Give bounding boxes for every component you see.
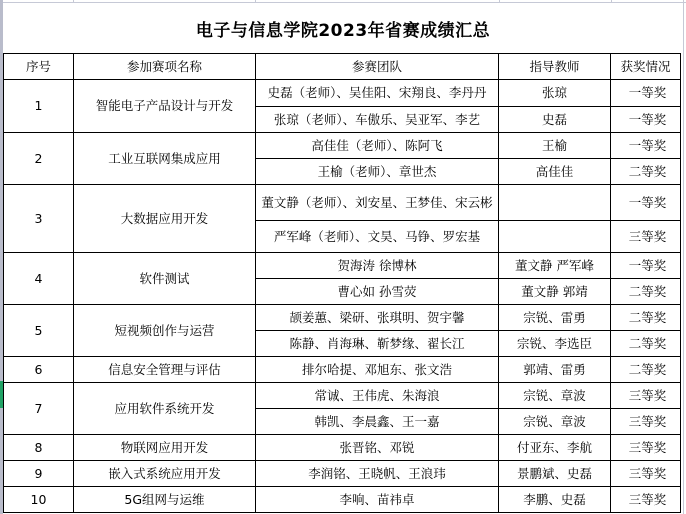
table-row: 8 物联网应用开发 张晋铭、邓锐 付亚东、李航 三等奖 bbox=[4, 435, 681, 461]
cell-event[interactable]: 应用软件系统开发 bbox=[74, 383, 256, 435]
cell-teacher[interactable]: 郭靖、雷勇 bbox=[499, 357, 611, 383]
header-cell-teacher[interactable]: 指导教师 bbox=[499, 54, 611, 80]
table-row: 10 5G组网与运维 李响、苗祎卓 李鹏、史磊 三等奖 bbox=[4, 487, 681, 513]
cell-event[interactable]: 物联网应用开发 bbox=[74, 435, 256, 461]
table-row: 3 大数据应用开发 董文静（老师）、刘安星、王梦佳、宋云彬 一等奖 bbox=[4, 185, 681, 221]
table-row: 9 嵌入式系统应用开发 李润铭、王晓帆、王浪玮 景鹏斌、史磊 三等奖 bbox=[4, 461, 681, 487]
cell-team[interactable]: 王榆（老师）、章世杰 bbox=[256, 159, 499, 185]
cell-no[interactable]: 9 bbox=[4, 461, 74, 487]
cell-teacher[interactable]: 李鹏、史磊 bbox=[499, 487, 611, 513]
cell-teacher[interactable]: 宗锐、章波 bbox=[499, 409, 611, 435]
sheet-gridline bbox=[683, 0, 684, 514]
cell-teacher[interactable]: 付亚东、李航 bbox=[499, 435, 611, 461]
table-row: 1 智能电子产品设计与开发 史磊（老师）、吴佳阳、宋翔良、李丹丹 张琼 一等奖 bbox=[4, 80, 681, 107]
cell-teacher[interactable]: 宗锐、章波 bbox=[499, 383, 611, 409]
cell-team[interactable]: 史磊（老师）、吴佳阳、宋翔良、李丹丹 bbox=[256, 80, 499, 107]
cell-award[interactable]: 三等奖 bbox=[611, 221, 681, 253]
cell-award[interactable]: 三等奖 bbox=[611, 409, 681, 435]
cell-award[interactable]: 一等奖 bbox=[611, 80, 681, 107]
cell-team[interactable]: 严军峰（老师）、文昊、马铮、罗宏基 bbox=[256, 221, 499, 253]
cell-team[interactable]: 张晋铭、邓锐 bbox=[256, 435, 499, 461]
cell-award[interactable]: 三等奖 bbox=[611, 435, 681, 461]
table-row: 5 短视频创作与运营 颉姜蕙、梁研、张琪明、贺宇馨 宗锐、雷勇 二等奖 bbox=[4, 305, 681, 331]
results-table: 序号 参加赛项名称 参赛团队 指导教师 获奖情况 1 智能电子产品设计与开发 史… bbox=[3, 53, 681, 513]
cell-award[interactable]: 三等奖 bbox=[611, 383, 681, 409]
cell-team[interactable]: 李润铭、王晓帆、王浪玮 bbox=[256, 461, 499, 487]
cell-award[interactable]: 三等奖 bbox=[611, 461, 681, 487]
table-row: 6 信息安全管理与评估 排尔哈提、邓旭东、张文浩 郭靖、雷勇 二等奖 bbox=[4, 357, 681, 383]
cell-teacher[interactable]: 高佳佳 bbox=[499, 159, 611, 185]
cell-no[interactable]: 8 bbox=[4, 435, 74, 461]
cell-no[interactable]: 7 bbox=[4, 383, 74, 435]
cell-award[interactable]: 一等奖 bbox=[611, 253, 681, 279]
cell-team[interactable]: 曹心如 孙雪荧 bbox=[256, 279, 499, 305]
cell-teacher[interactable] bbox=[499, 221, 611, 253]
cell-teacher[interactable] bbox=[499, 185, 611, 221]
header-cell-no[interactable]: 序号 bbox=[4, 54, 74, 80]
cell-event[interactable]: 信息安全管理与评估 bbox=[74, 357, 256, 383]
cell-no[interactable]: 6 bbox=[4, 357, 74, 383]
cell-award[interactable]: 二等奖 bbox=[611, 279, 681, 305]
cell-event[interactable]: 短视频创作与运营 bbox=[74, 305, 256, 357]
cell-no[interactable]: 2 bbox=[4, 133, 74, 185]
cell-teacher[interactable]: 景鹏斌、史磊 bbox=[499, 461, 611, 487]
cell-team[interactable]: 陈静、肖海琳、靳梦缘、翟长江 bbox=[256, 331, 499, 357]
cell-team[interactable]: 贺海涛 徐博林 bbox=[256, 253, 499, 279]
cell-event[interactable]: 工业互联网集成应用 bbox=[74, 133, 256, 185]
cell-team[interactable]: 韩凯、李晨鑫、王一嘉 bbox=[256, 409, 499, 435]
cell-event[interactable]: 5G组网与运维 bbox=[74, 487, 256, 513]
cell-no[interactable]: 10 bbox=[4, 487, 74, 513]
cell-award[interactable]: 一等奖 bbox=[611, 107, 681, 133]
table-row: 2 工业互联网集成应用 高佳佳（老师）、陈阿飞 王榆 一等奖 bbox=[4, 133, 681, 159]
cell-award[interactable]: 一等奖 bbox=[611, 185, 681, 221]
header-cell-team[interactable]: 参赛团队 bbox=[256, 54, 499, 80]
header-cell-event[interactable]: 参加赛项名称 bbox=[74, 54, 256, 80]
cell-team[interactable]: 李响、苗祎卓 bbox=[256, 487, 499, 513]
table-row: 7 应用软件系统开发 常诚、王伟虎、朱海浪 宗锐、章波 三等奖 bbox=[4, 383, 681, 409]
cell-award[interactable]: 一等奖 bbox=[611, 133, 681, 159]
cell-teacher[interactable]: 董文静 郭靖 bbox=[499, 279, 611, 305]
cell-event[interactable]: 软件测试 bbox=[74, 253, 256, 305]
cell-event[interactable]: 大数据应用开发 bbox=[74, 185, 256, 253]
cell-award[interactable]: 二等奖 bbox=[611, 159, 681, 185]
cell-team[interactable]: 董文静（老师）、刘安星、王梦佳、宋云彬 bbox=[256, 185, 499, 221]
cell-team[interactable]: 常诚、王伟虎、朱海浪 bbox=[256, 383, 499, 409]
cell-teacher[interactable]: 王榆 bbox=[499, 133, 611, 159]
table-row: 4 软件测试 贺海涛 徐博林 董文静 严军峰 一等奖 bbox=[4, 253, 681, 279]
cell-teacher[interactable]: 宗锐、李选臣 bbox=[499, 331, 611, 357]
cell-event[interactable]: 嵌入式系统应用开发 bbox=[74, 461, 256, 487]
cell-no[interactable]: 5 bbox=[4, 305, 74, 357]
cell-no[interactable]: 4 bbox=[4, 253, 74, 305]
cell-team[interactable]: 颉姜蕙、梁研、张琪明、贺宇馨 bbox=[256, 305, 499, 331]
cell-award[interactable]: 三等奖 bbox=[611, 487, 681, 513]
header-cell-award[interactable]: 获奖情况 bbox=[611, 54, 681, 80]
cell-teacher[interactable]: 史磊 bbox=[499, 107, 611, 133]
cell-no[interactable]: 3 bbox=[4, 185, 74, 253]
cell-teacher[interactable]: 张琼 bbox=[499, 80, 611, 107]
cell-team[interactable]: 高佳佳（老师）、陈阿飞 bbox=[256, 133, 499, 159]
sheet-title[interactable]: 电子与信息学院2023年省赛成绩汇总 bbox=[3, 3, 683, 53]
cell-teacher[interactable]: 董文静 严军峰 bbox=[499, 253, 611, 279]
cell-team[interactable]: 排尔哈提、邓旭东、张文浩 bbox=[256, 357, 499, 383]
cell-teacher[interactable]: 宗锐、雷勇 bbox=[499, 305, 611, 331]
cell-no[interactable]: 1 bbox=[4, 80, 74, 133]
cell-team[interactable]: 张琼（老师）、车傲乐、吴亚军、李艺 bbox=[256, 107, 499, 133]
cell-award[interactable]: 二等奖 bbox=[611, 305, 681, 331]
cell-award[interactable]: 二等奖 bbox=[611, 331, 681, 357]
header-row: 序号 参加赛项名称 参赛团队 指导教师 获奖情况 bbox=[4, 54, 681, 80]
cell-award[interactable]: 二等奖 bbox=[611, 357, 681, 383]
cell-event[interactable]: 智能电子产品设计与开发 bbox=[74, 80, 256, 133]
